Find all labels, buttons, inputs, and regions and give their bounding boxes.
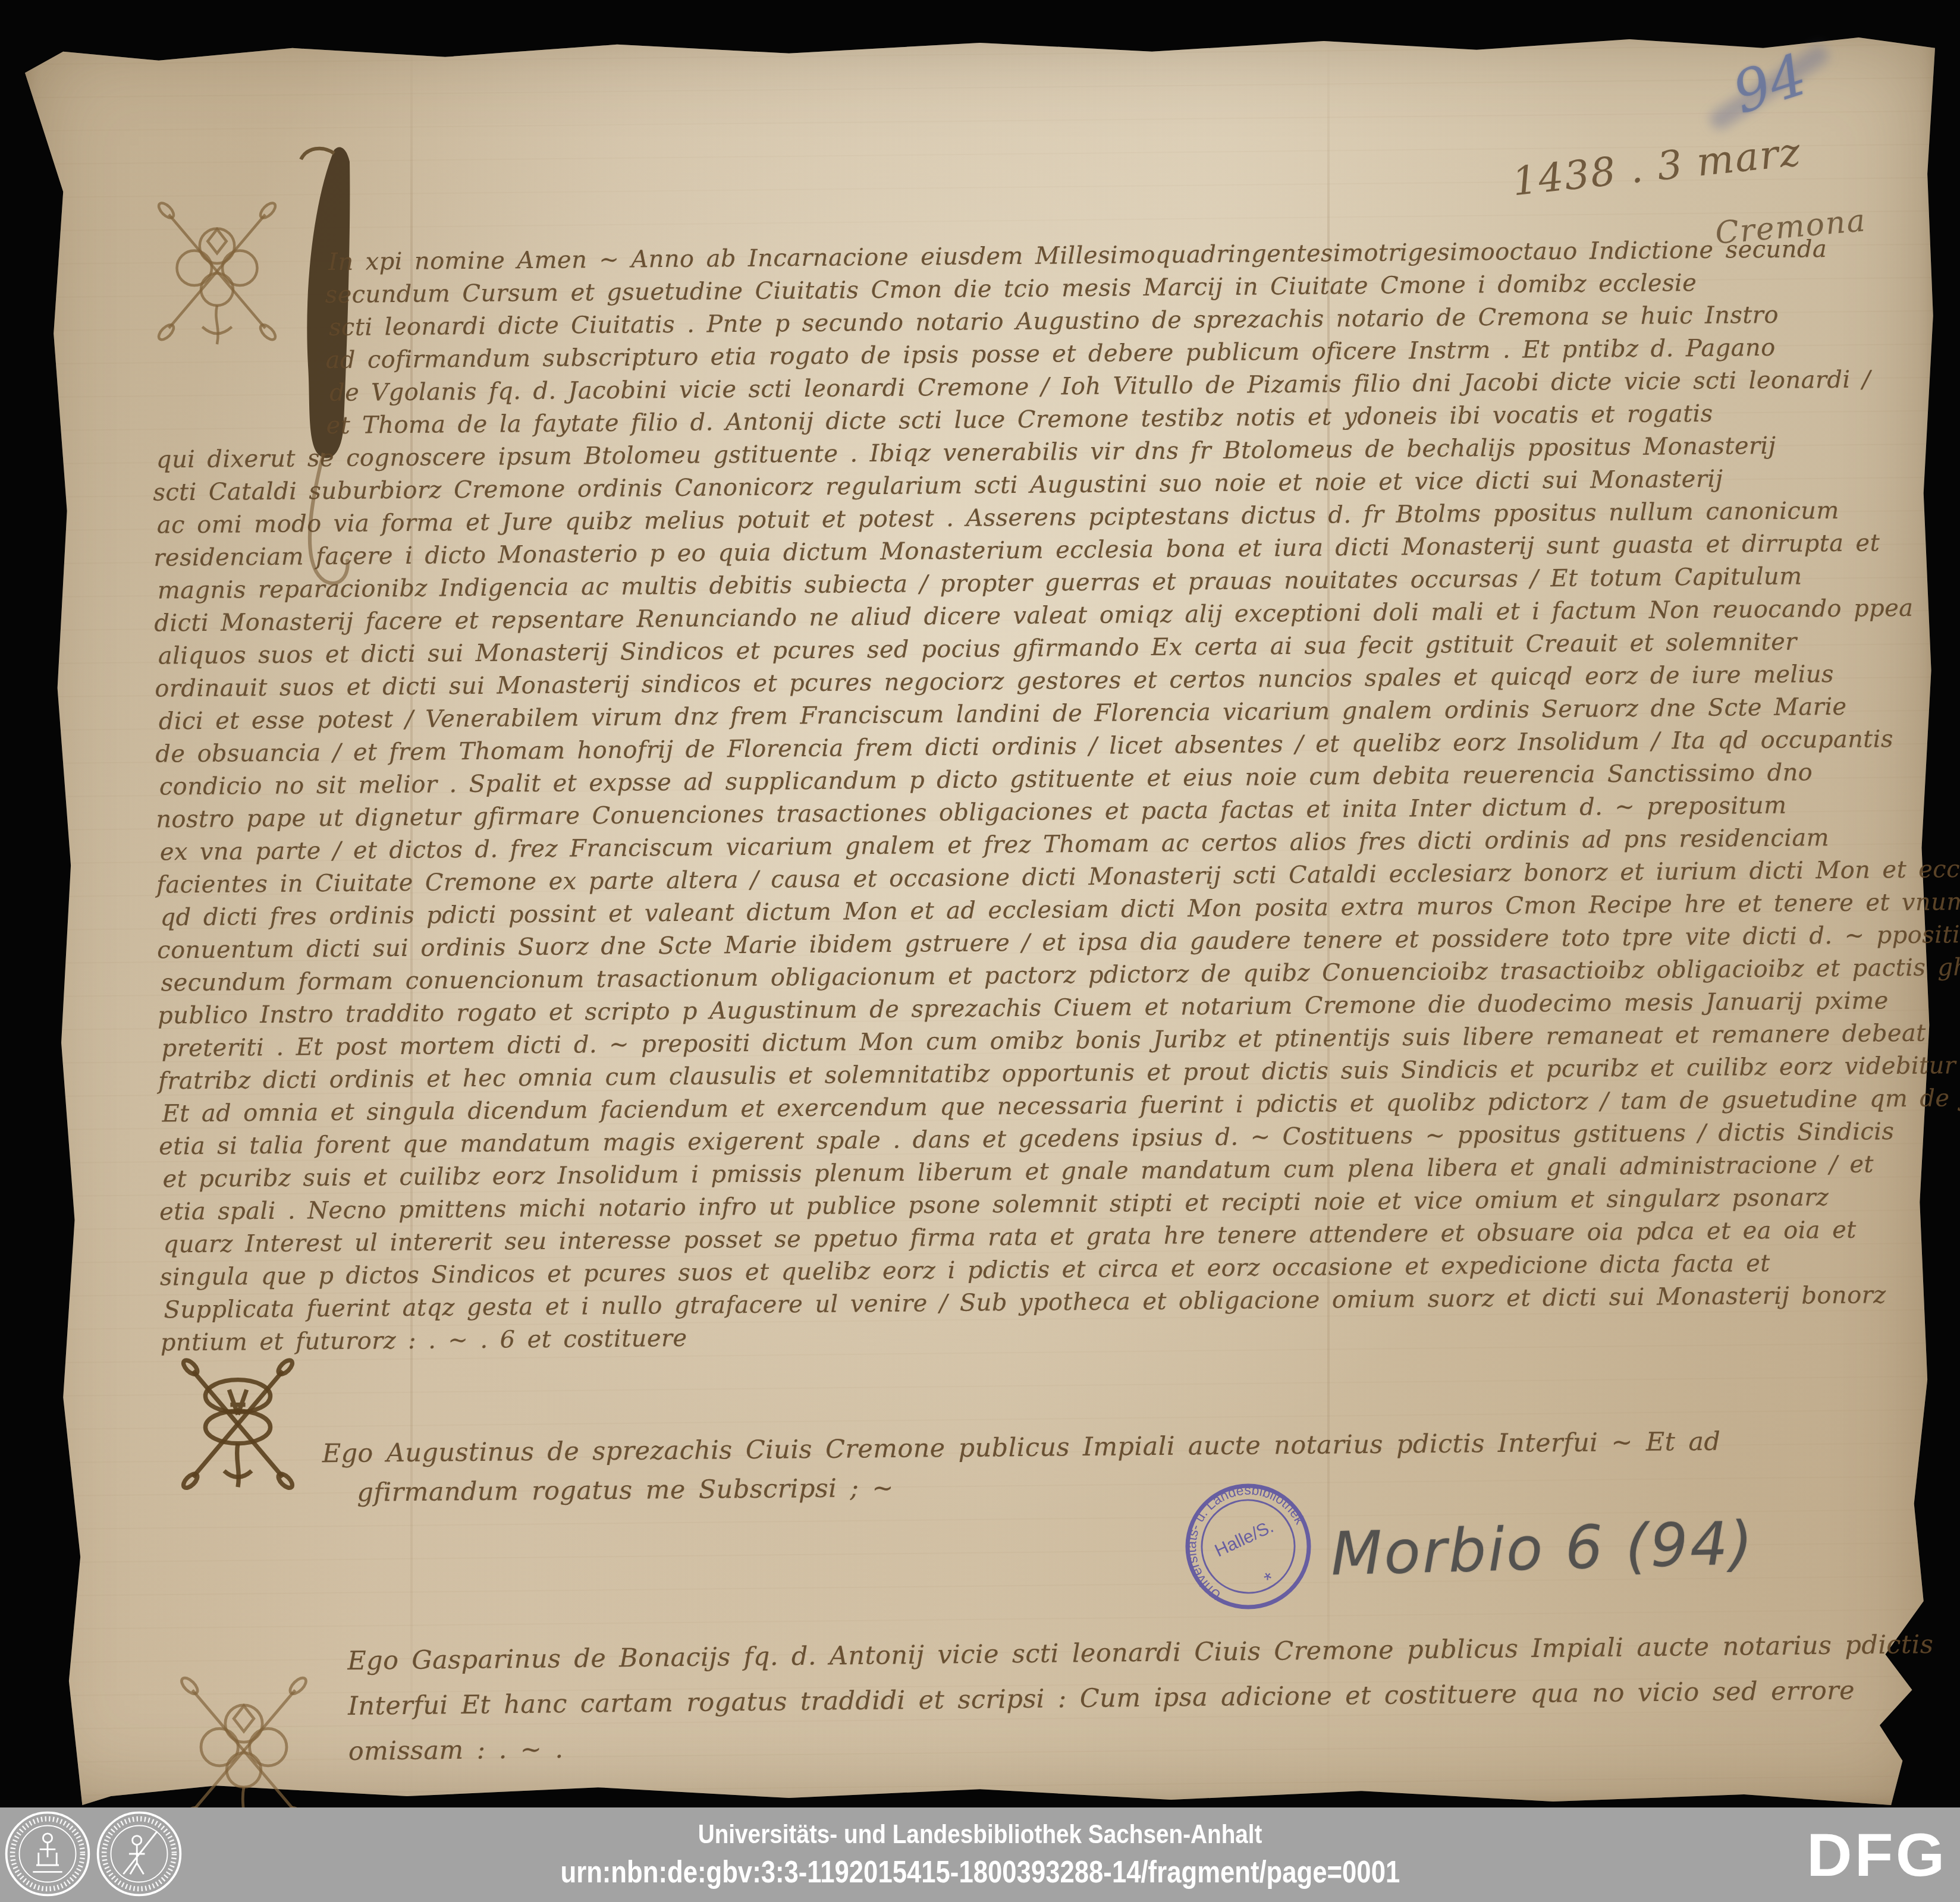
notary-subscription-gasparinus: Ego Gasparinus de Bonacijs fq. d. Antoni… — [347, 1622, 1934, 1774]
notary-sign-augustinus — [175, 1345, 300, 1499]
university-seal-left-icon — [2, 1809, 93, 1899]
university-seal-right-icon — [94, 1809, 184, 1899]
notary-subscription-augustinus: Ego Augustinus de sprezachis Ciuis Cremo… — [322, 1422, 1721, 1513]
footer-bar: Universitäts- und Landesbibliothek Sachs… — [0, 1807, 1960, 1902]
manuscript-body: In xpi nomine Amen ~ Anno ab Incarnacion… — [151, 232, 1879, 1359]
stamp-center-text: Halle/S. — [1212, 1517, 1277, 1561]
manuscript-scan-page: In xpi nomine Amen ~ Anno ab Incarnacion… — [0, 0, 1960, 1902]
stamp-star: * — [1260, 1568, 1279, 1591]
dfg-logo: DFG — [1807, 1821, 1947, 1890]
footer-urn: urn:nbn:de:gbv:3:3-1192015415-1800393288… — [560, 1854, 1400, 1890]
shelfmark-annotation: Morbio 6 (94) — [1330, 1508, 1755, 1589]
footer-text-block: Universitäts- und Landesbibliothek Sachs… — [0, 1807, 1960, 1902]
footer-library-name: Universitäts- und Landesbibliothek Sachs… — [698, 1820, 1262, 1850]
